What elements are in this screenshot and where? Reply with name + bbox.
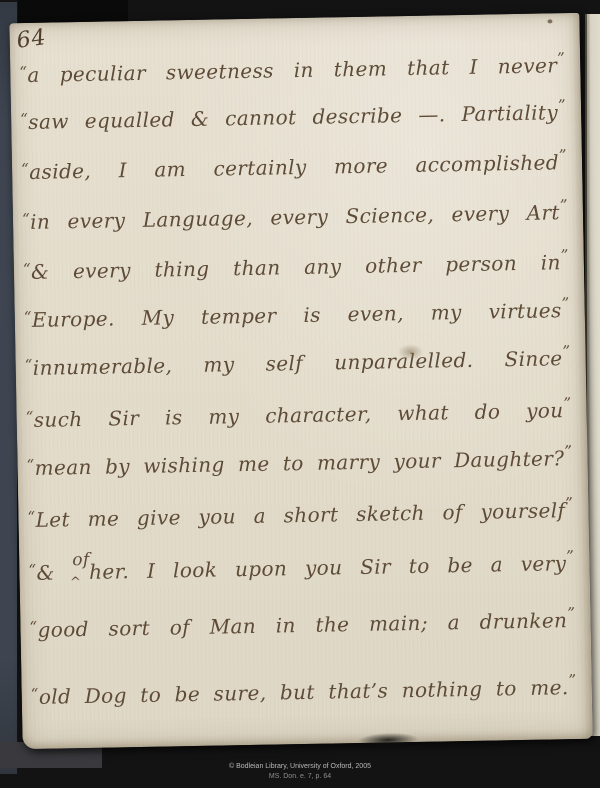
close-quote-mark: ” bbox=[561, 294, 569, 312]
open-quote-mark: “ bbox=[19, 63, 27, 81]
close-quote-mark: ” bbox=[562, 342, 570, 360]
line-text: & bbox=[36, 560, 72, 585]
line-text: mean by wishing me to marry your Daughte… bbox=[34, 446, 564, 480]
open-quote-mark: “ bbox=[27, 508, 35, 526]
manuscript-line: “in every Language, every Science, every… bbox=[22, 199, 568, 237]
copyright-line: © Bodleian Library, University of Oxford… bbox=[0, 762, 600, 772]
manuscript-page: 64 “a peculiar sweetness in them that I … bbox=[9, 13, 592, 749]
top-shadow bbox=[18, 0, 128, 24]
manuscript-line: “& every thing than any other person in” bbox=[23, 249, 569, 287]
manuscript-line: “& of^her. I look upon you Sir to be a v… bbox=[28, 550, 574, 590]
manuscript-line: “saw equalled & cannot describe —. Parti… bbox=[20, 99, 566, 137]
close-quote-mark: ” bbox=[566, 547, 574, 565]
close-quote-mark: ” bbox=[567, 604, 575, 622]
open-quote-mark: “ bbox=[29, 618, 37, 636]
line-text: old Dog to be sure, but that’s nothing t… bbox=[39, 675, 569, 709]
close-quote-mark: ” bbox=[559, 146, 567, 164]
manuscript-line: “a peculiar sweetness in them that I nev… bbox=[19, 52, 565, 90]
open-quote-mark: “ bbox=[26, 456, 34, 474]
line-text: & every thing than any other person in bbox=[31, 250, 561, 284]
close-quote-mark: ” bbox=[560, 196, 568, 214]
line-text-after: her. I look upon you Sir to be a very bbox=[89, 551, 567, 584]
close-quote-mark: ” bbox=[560, 246, 568, 264]
line-text: good sort of Man in the main; a drunken bbox=[37, 608, 567, 642]
open-quote-mark: “ bbox=[20, 110, 28, 128]
close-quote-mark: ” bbox=[563, 394, 571, 412]
close-quote-mark: ” bbox=[565, 494, 573, 512]
line-text: aside, I am certainly more accomplished bbox=[29, 150, 559, 184]
manuscript-line: “Europe. My temper is even, my virtues” bbox=[24, 297, 570, 335]
manuscript-photo: 64 “a peculiar sweetness in them that I … bbox=[0, 0, 600, 788]
manuscript-line: “such Sir is my character, what do you” bbox=[25, 397, 571, 435]
manuscript-line: “mean by wishing me to marry your Daught… bbox=[26, 445, 572, 483]
open-quote-mark: “ bbox=[24, 308, 32, 326]
line-text: such Sir is my character, what do you bbox=[34, 398, 564, 432]
open-quote-mark: “ bbox=[22, 210, 30, 228]
line-text: innumerable, my self unparalelled. Since bbox=[33, 346, 563, 380]
close-quote-mark: ” bbox=[557, 49, 565, 67]
line-text: a peculiar sweetness in them that I neve… bbox=[27, 53, 557, 87]
manuscript-lines: “a peculiar sweetness in them that I nev… bbox=[18, 13, 577, 749]
close-quote-mark: ” bbox=[564, 442, 572, 460]
manuscript-line: “Let me give you a short sketch of yours… bbox=[27, 497, 573, 535]
open-quote-mark: “ bbox=[24, 356, 32, 374]
open-quote-mark: “ bbox=[21, 160, 29, 178]
open-quote-mark: “ bbox=[23, 260, 31, 278]
close-quote-mark: ” bbox=[558, 96, 566, 114]
insertion-caret: ^ bbox=[70, 570, 82, 596]
footer-caption: © Bodleian Library, University of Oxford… bbox=[0, 762, 600, 782]
line-text: Let me give you a short sketch of yourse… bbox=[35, 498, 565, 532]
line-text: in every Language, every Science, every … bbox=[30, 200, 560, 234]
open-quote-mark: “ bbox=[31, 685, 39, 703]
open-quote-mark: “ bbox=[28, 561, 36, 579]
line-text: saw equalled & cannot describe —. Partia… bbox=[28, 100, 558, 134]
manuscript-line: “old Dog to be sure, but that’s nothing … bbox=[31, 674, 577, 712]
manuscript-line: “aside, I am certainly more accomplished… bbox=[21, 149, 567, 187]
ink-dot bbox=[547, 19, 552, 23]
manuscript-line: “good sort of Man in the main; a drunken… bbox=[29, 607, 575, 645]
open-quote-mark: “ bbox=[25, 408, 33, 426]
line-text: Europe. My temper is even, my virtues bbox=[32, 298, 562, 332]
shelfmark-line: MS. Don. e. 7, p. 64 bbox=[0, 772, 600, 782]
manuscript-line: “innumerable, my self unparalelled. Sinc… bbox=[24, 345, 570, 383]
close-quote-mark: ” bbox=[568, 671, 576, 689]
